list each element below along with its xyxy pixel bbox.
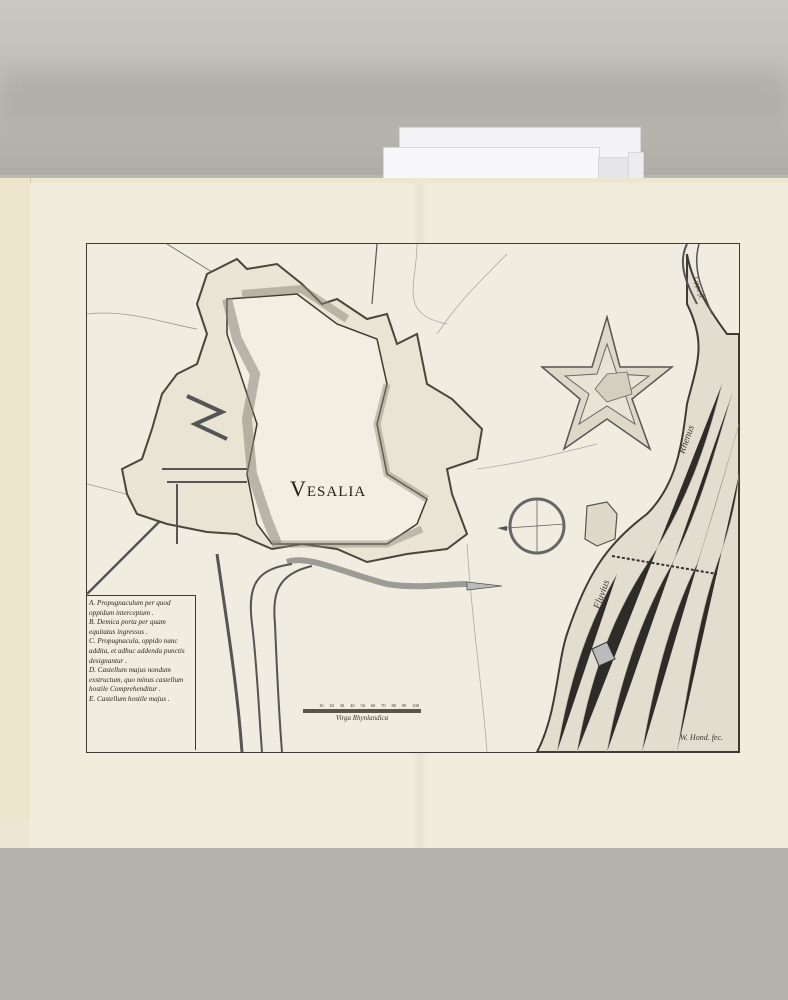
shadow (0, 70, 788, 120)
legend-item-b: B. Demica porta per quam equitatus ingre… (89, 618, 193, 637)
legend-item-c: C. Propugnacula, oppido nunc addita, et … (89, 637, 193, 666)
background-bottom (0, 848, 788, 1000)
scale-bar-line (303, 709, 421, 713)
legend-item-e: E. Castellum hostile majus . (89, 695, 193, 705)
scale-bar: 10 20 30 40 50 60 70 80 90 100 Virga Rhy… (303, 703, 421, 722)
legend-item-d: D. Castellum majus nondum exstructum, qu… (89, 666, 193, 695)
map-title: Vesalia (290, 476, 366, 502)
map-legend: A. Propugnaculum per quod oppidum interc… (86, 595, 196, 750)
book-left-edge (0, 178, 31, 818)
scale-ticks: 10 20 30 40 50 60 70 80 90 100 (303, 703, 421, 708)
engraver-signature: W. Hond. fec. (680, 733, 723, 742)
paper-slips (383, 127, 645, 183)
scale-label: Virga Rhynlandica (303, 714, 421, 722)
legend-item-a: A. Propugnaculum per quod oppidum interc… (89, 599, 193, 618)
